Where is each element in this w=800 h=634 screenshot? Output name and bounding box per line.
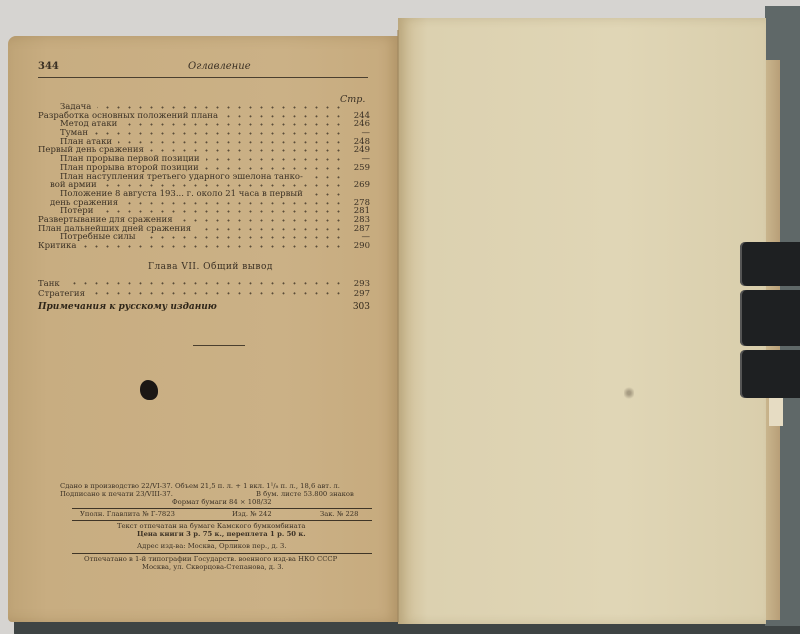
toc-entry-page: 269 [354, 181, 370, 190]
clip-segment-top [740, 242, 800, 286]
imprint-short-rule [208, 540, 238, 541]
imprint-rule-top [72, 508, 372, 509]
imprint-line2-left: Подписано к печати 23/VIII-37. [60, 491, 173, 498]
leader-dots [91, 289, 344, 298]
header-rule [38, 77, 368, 78]
toc-entry-page: 293 [354, 279, 370, 289]
imprint-rule-mid [72, 520, 372, 521]
imprint-line1: Сдано в производство 22/VI-37. Объем 21,… [60, 483, 340, 490]
imprint-paper-line: Текст отпечатан на бумаге Камского бумко… [117, 523, 305, 530]
paper-tab [769, 398, 783, 426]
notes-label: Примечания к русскому изданию [38, 302, 217, 312]
toc-entry: Метод атаки246 [38, 120, 372, 129]
leader-dots [94, 129, 344, 138]
binding-gutter [397, 30, 399, 622]
imprint-printer-line1: Отпечатано в 1-й типографии Государств. … [84, 556, 337, 563]
chapter-toc-entry: Танк293 [38, 279, 372, 289]
binder-clip-icon[interactable] [740, 242, 800, 402]
leader-dots [82, 242, 344, 251]
clip-segment-middle [740, 290, 800, 346]
imprint-line3: Формат бумаги 84 × 108/32 [172, 499, 272, 506]
running-title: Оглавление [188, 62, 251, 72]
toc-entry-page: 259 [354, 164, 370, 173]
imprint-address-line: Адрес изд-ва: Москва, Орликов пер., д. 3… [137, 543, 287, 550]
toc-entry-label: Критика [38, 242, 76, 251]
leader-dots [123, 120, 344, 129]
leader-dots [309, 173, 344, 182]
leader-dots [224, 112, 344, 121]
imprint-line2-right: В бум. листе 53.800 знаков [256, 491, 354, 498]
leader-dots [309, 190, 344, 199]
imprint-row-mid: Изд. № 242 [232, 511, 272, 518]
imprint-price-line: Цена книги 3 р. 75 к., переплета 1 р. 50… [137, 531, 306, 538]
end-rule [193, 345, 245, 346]
chapter-heading: Глава VII. Общий вывод [148, 263, 273, 272]
imprint-printer-line2: Москва, ул. Скворцова-Степанова, д. 3. [142, 564, 284, 571]
clip-segment-bottom [740, 350, 800, 398]
imprint-rule-bottom [72, 553, 372, 554]
leader-dots [66, 279, 344, 288]
ink-blot [140, 380, 158, 400]
leader-dots [206, 155, 344, 164]
toc-entry-page: 297 [354, 289, 370, 299]
toc-entry-page: 290 [354, 242, 370, 251]
imprint-row-left: Уполн. Главлита № Г-7823 [80, 511, 175, 518]
leader-dots [142, 233, 344, 242]
leader-dots [179, 216, 344, 225]
paper-stain [624, 386, 634, 400]
toc-entry-label: Стратегия [38, 289, 85, 299]
toc-entry: Критика290 [38, 242, 372, 251]
toc-entry: Потребные силы— [38, 233, 372, 242]
imprint-row-right: Зак. № 228 [320, 511, 358, 518]
notes-page: 303 [353, 302, 370, 312]
chapter-toc-list: Танк293Стратегия297 [38, 279, 372, 299]
leader-dots [197, 225, 344, 234]
toc-entry-label: Танк [38, 279, 60, 289]
toc-list: ЗадачаРазработка основных положений план… [38, 103, 372, 251]
chapter-toc-entry: Стратегия297 [38, 289, 372, 299]
leader-dots [124, 199, 344, 208]
right-page [398, 18, 766, 624]
leader-dots [118, 138, 344, 147]
toc-entry-notes: Примечания к русскому изданию 303 [38, 302, 372, 312]
page-number: 344 [38, 62, 59, 72]
